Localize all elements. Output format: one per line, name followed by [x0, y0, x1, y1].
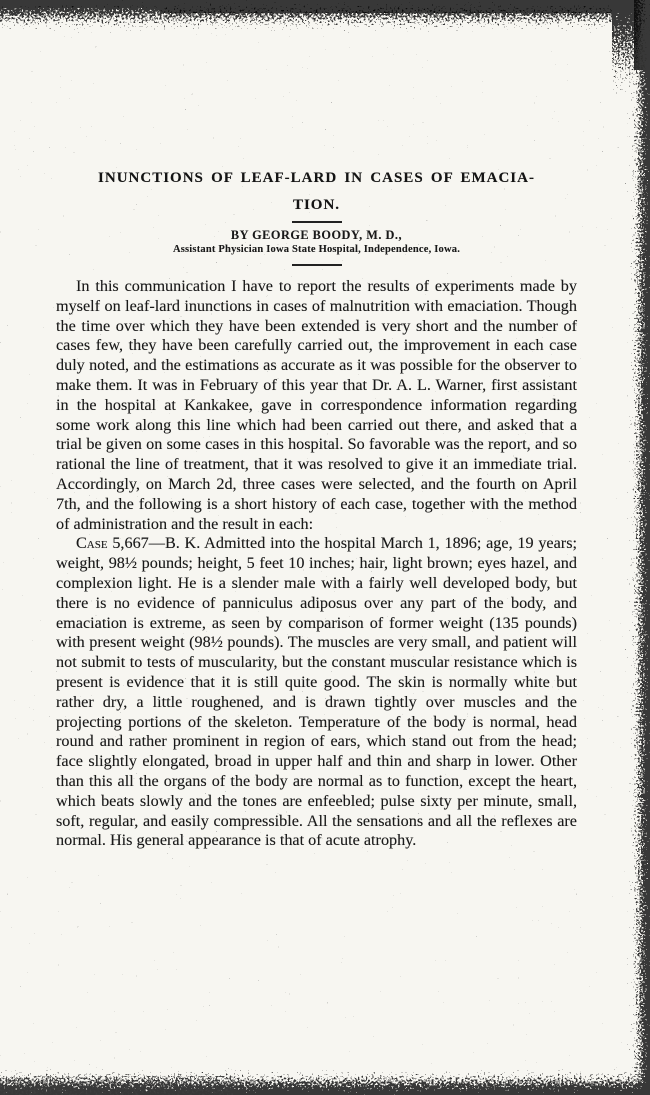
divider-rule-above-byline [292, 221, 342, 223]
top-right-corner-solid [634, 0, 650, 70]
top-right-corner-noise [612, 0, 650, 150]
byline: BY GEORGE BOODY, M. D., [56, 228, 577, 242]
paragraph-introduction: In this communication I have to report t… [56, 277, 577, 534]
right-edge-noise-band [610, 0, 650, 1095]
article-title: INUNCTIONS OF LEAF-LARD IN CASES OF EMAC… [56, 165, 577, 218]
scanned-page: INUNCTIONS OF LEAF-LARD IN CASES OF EMAC… [0, 0, 650, 1095]
case-number-label: Case 5,667 [76, 534, 149, 552]
top-edge-solid-bar [0, 0, 650, 8]
title-line-1: INUNCTIONS OF LEAF-LARD IN CASES OF EMAC… [56, 165, 577, 192]
divider-rule-below-byline [292, 264, 342, 266]
bottom-edge-dissolve [0, 1058, 650, 1095]
top-edge-solid-bar-step [160, 0, 650, 13]
bottom-left-dense-patch [0, 1076, 235, 1095]
paragraph-case-5667: Case 5,667—B. K. Admitted into the hospi… [56, 534, 577, 851]
title-line-2: TION. [56, 192, 577, 219]
top-edge-dissolve [0, 0, 650, 46]
author-affiliation: Assistant Physician Iowa State Hospital,… [56, 243, 577, 256]
case-description: —B. K. Admitted into the hospital March … [56, 534, 577, 849]
article-body: In this communication I have to report t… [56, 277, 577, 851]
article: INUNCTIONS OF LEAF-LARD IN CASES OF EMAC… [56, 165, 577, 851]
